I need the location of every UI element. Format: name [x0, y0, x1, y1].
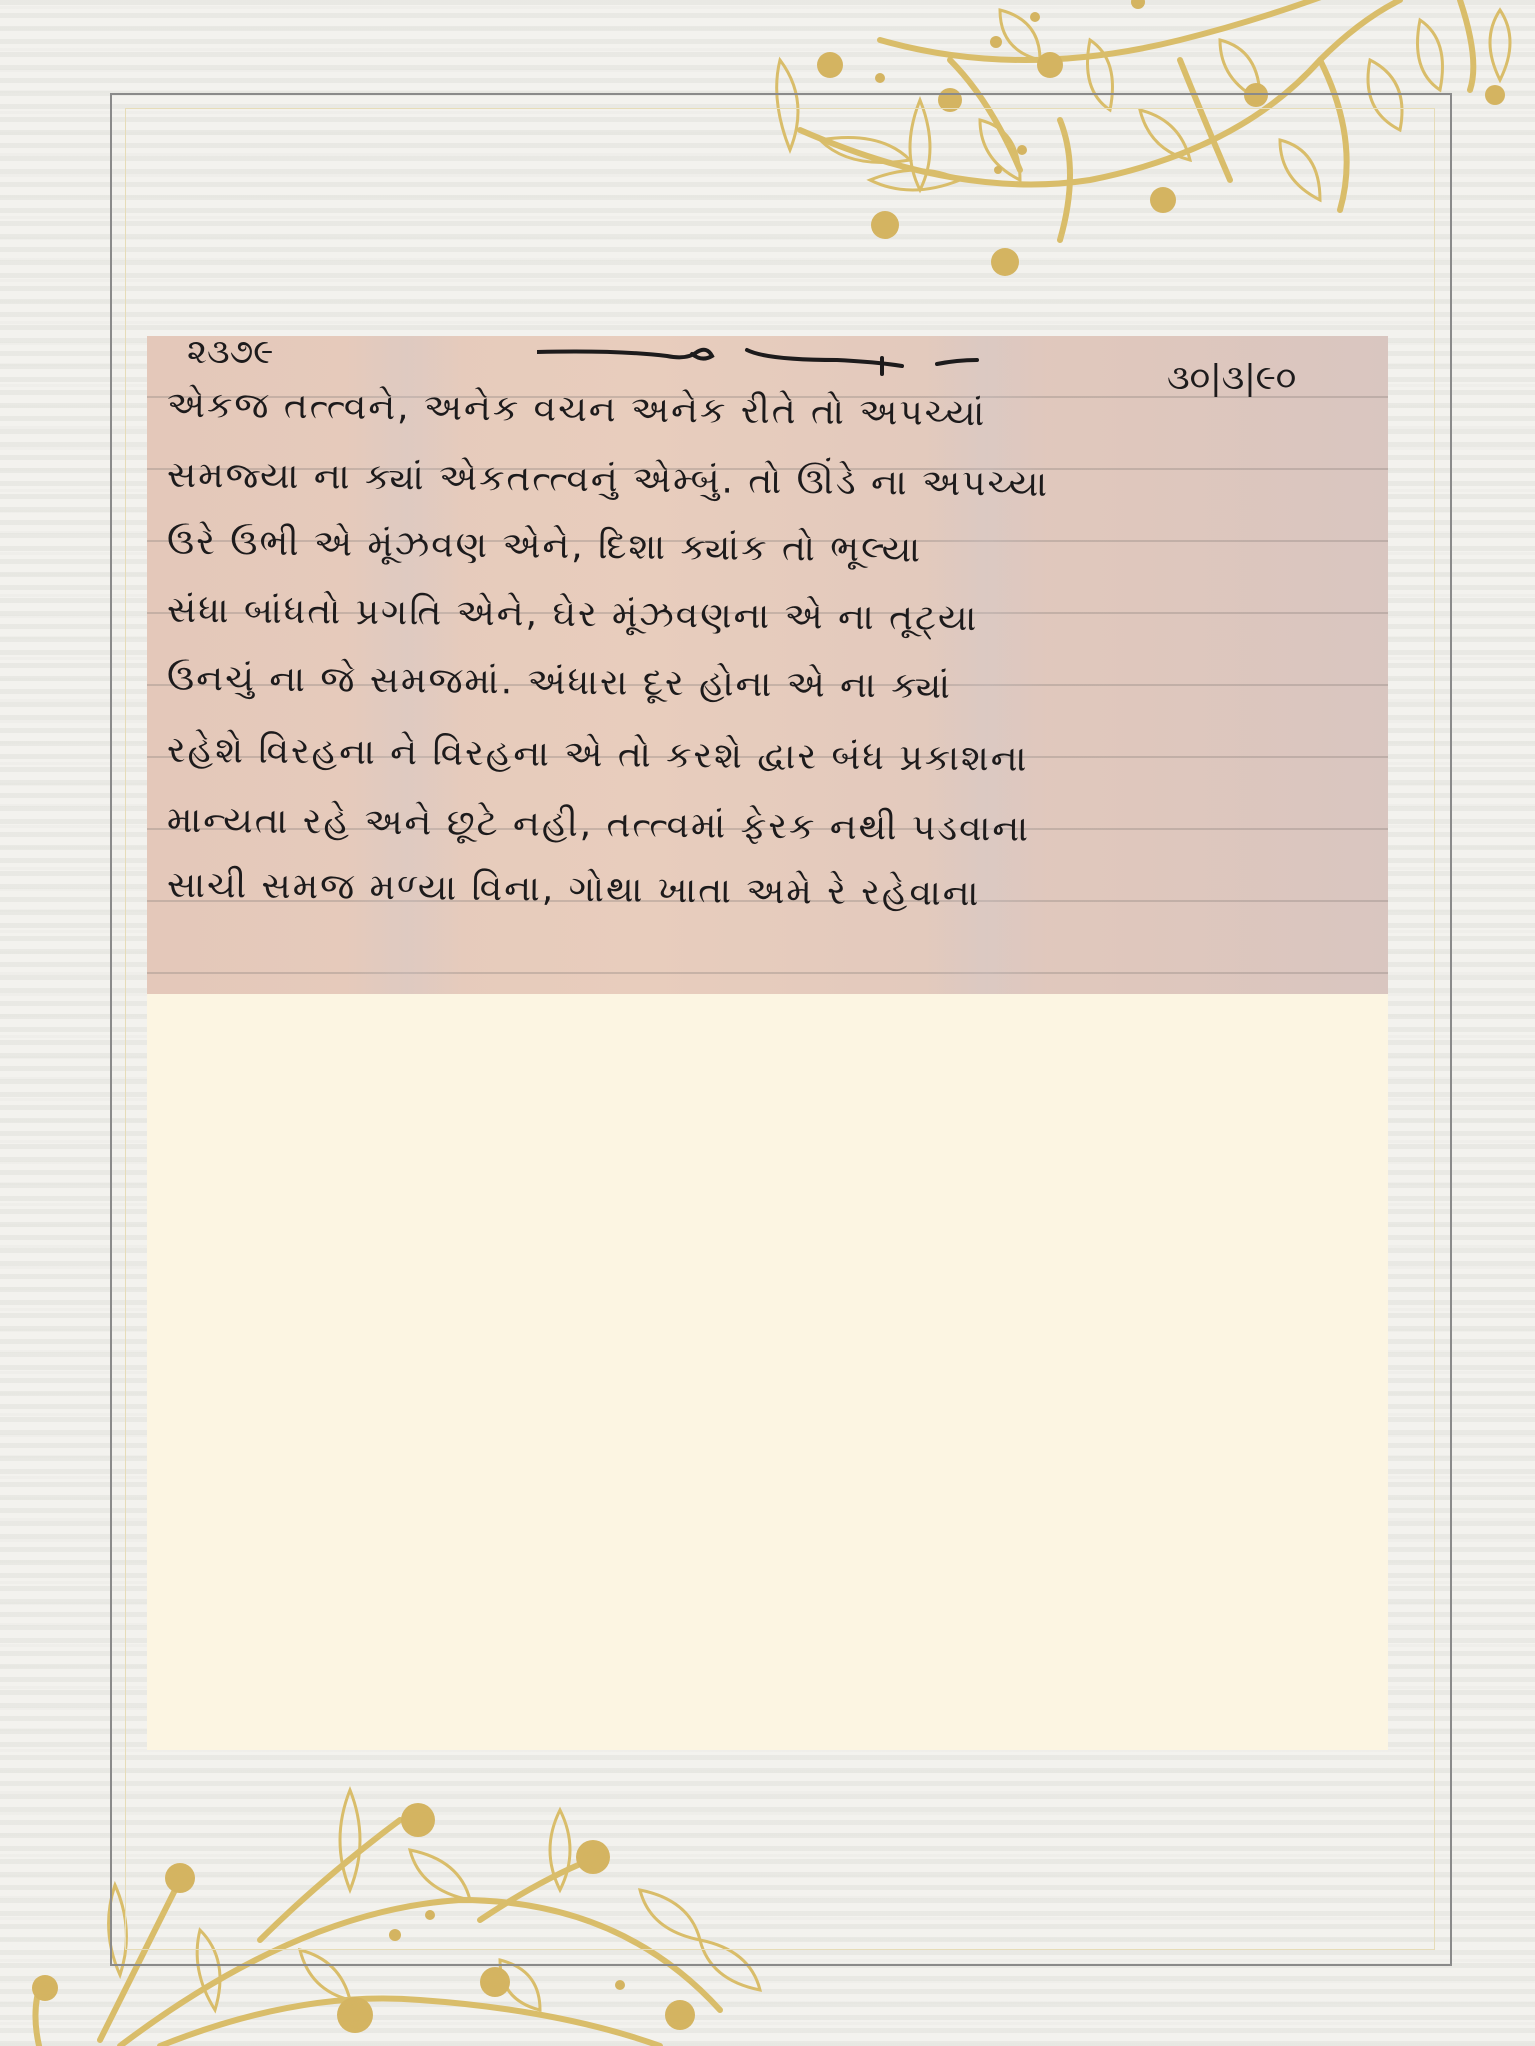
page-number: ૨૩૭૯ — [187, 336, 273, 372]
note-date: ૩૦|૩|૯૦ — [1167, 358, 1296, 398]
handwritten-note-photo: ૨૩૭૯ ૩૦|૩|૯૦ એકજ તત્ત્વને, અનેક વચન અનેક… — [147, 336, 1388, 994]
blank-cream-panel — [147, 994, 1388, 1750]
header-flourish — [537, 338, 1137, 378]
